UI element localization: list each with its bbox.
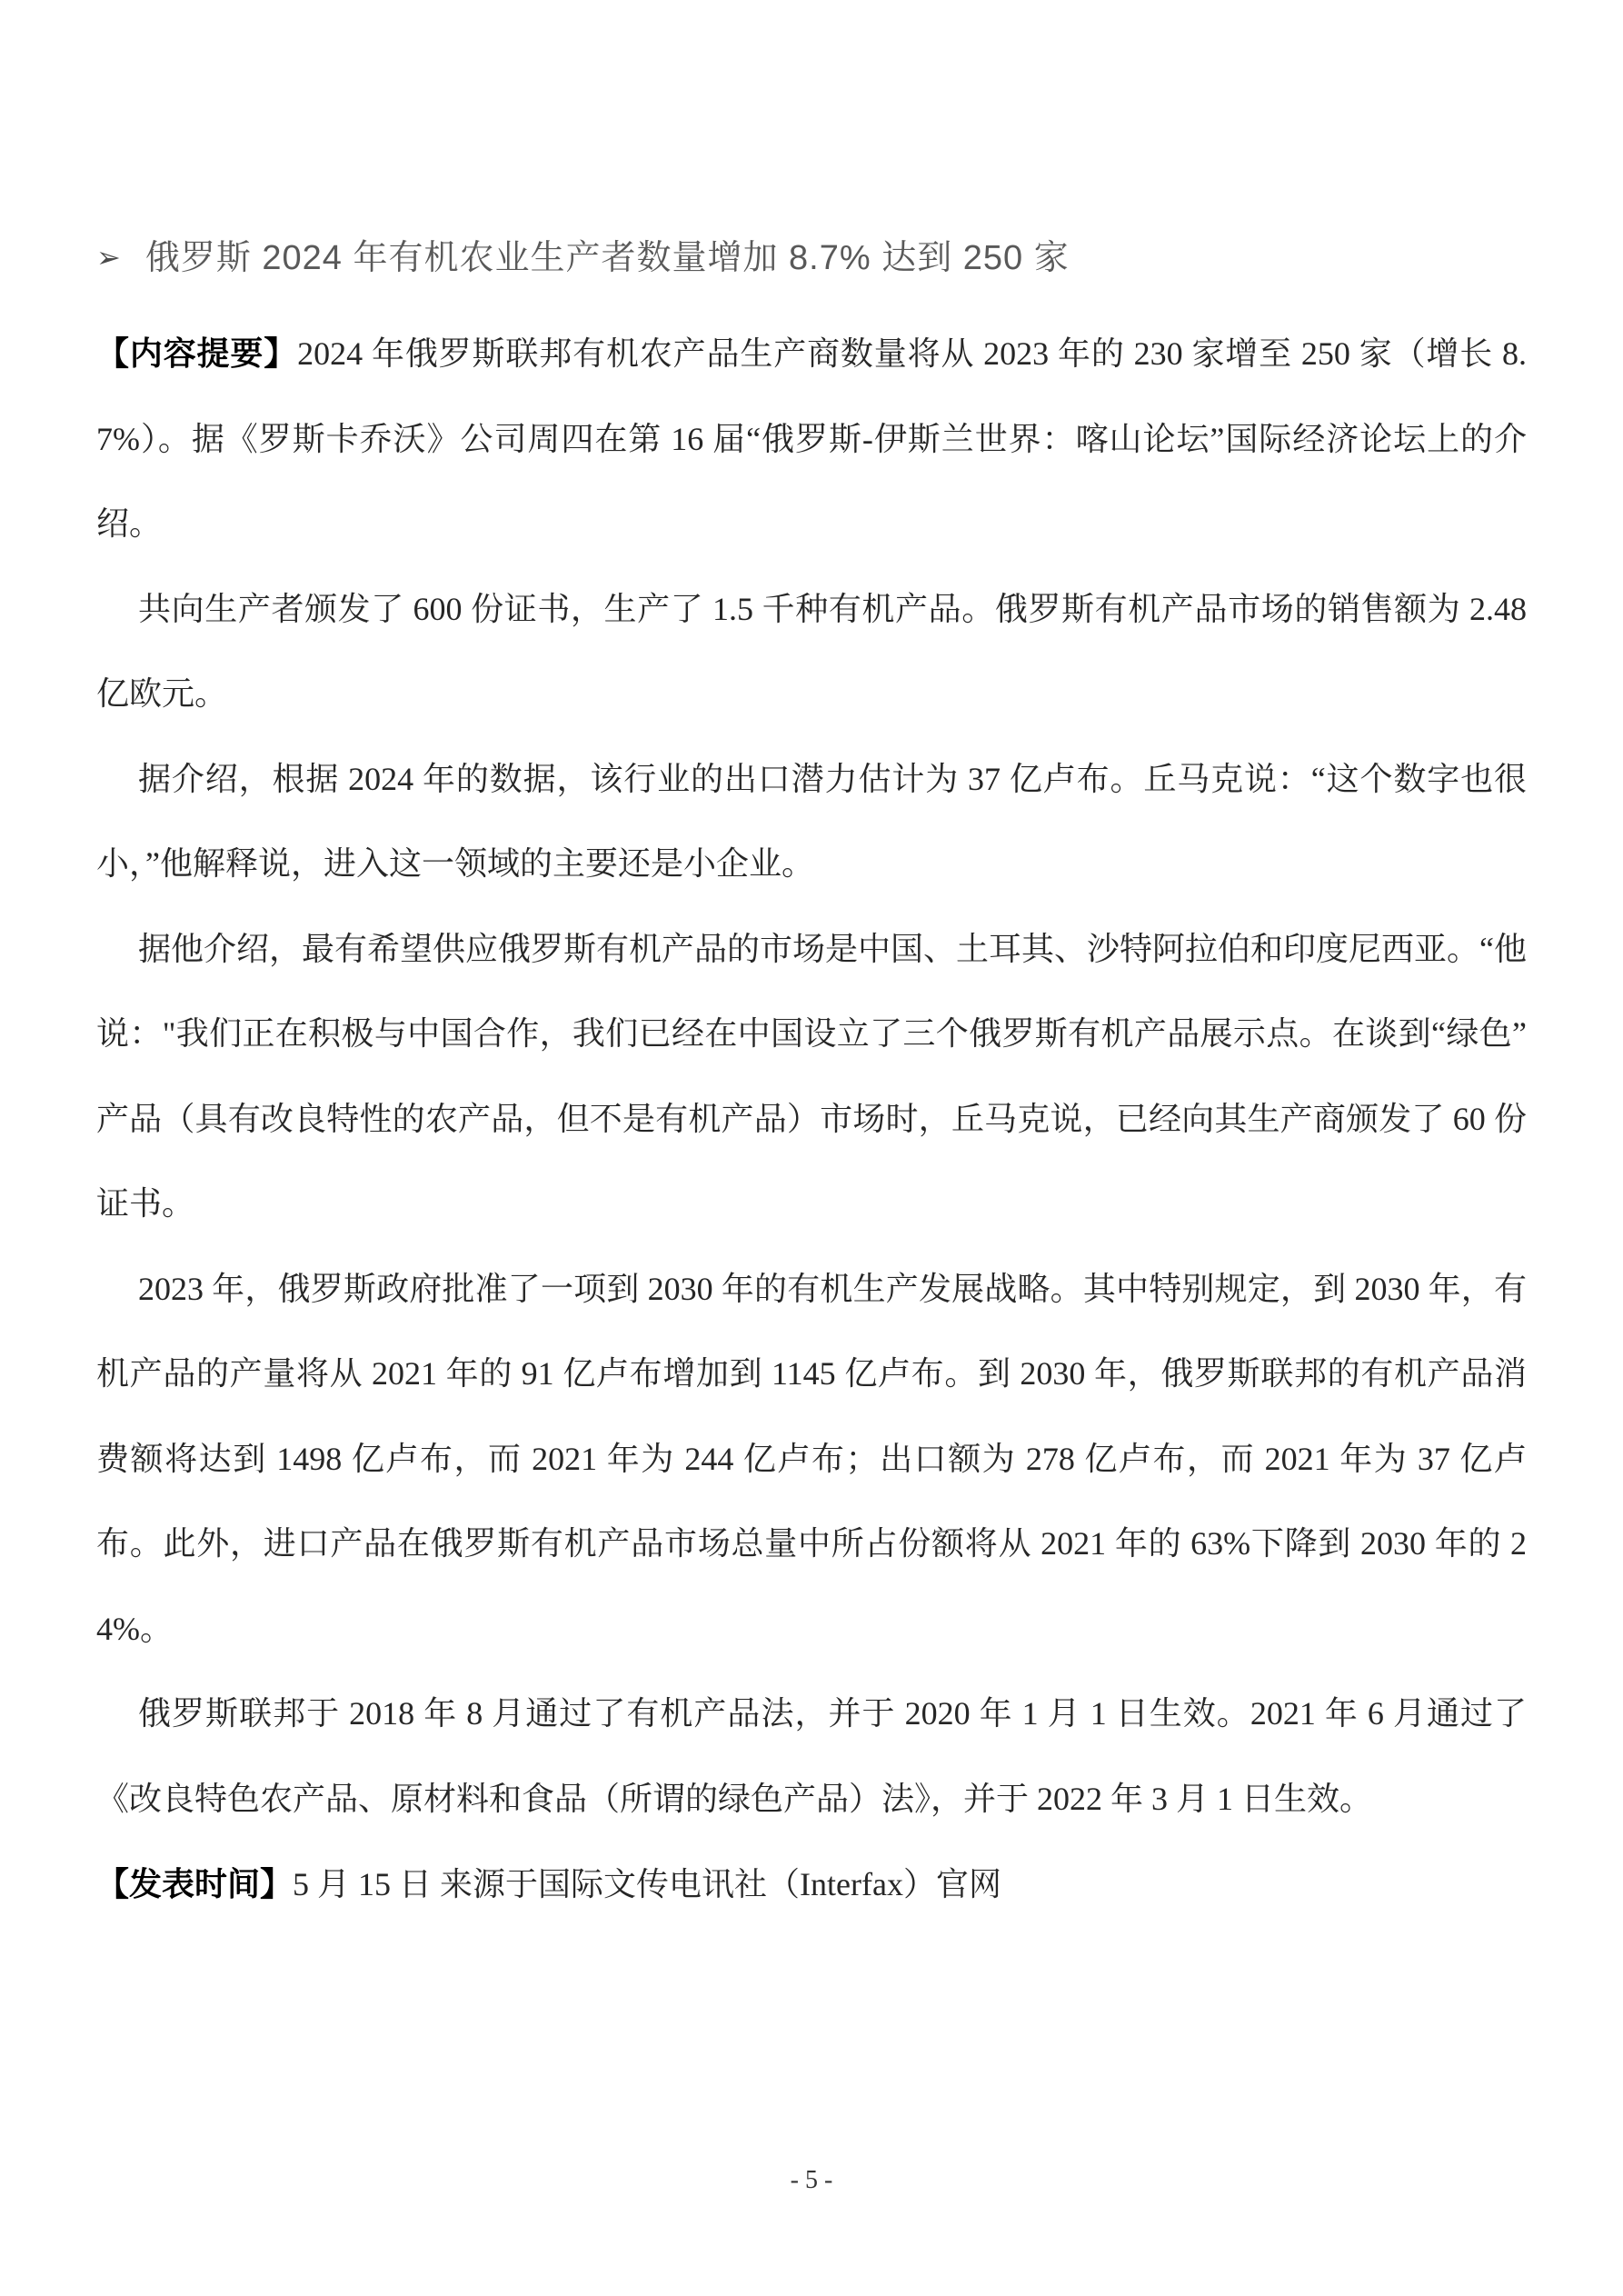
section-heading-text: 俄罗斯 2024 年有机农业生产者数量增加 8.7% 达到 250 家: [145, 239, 1070, 277]
paragraph-markets: 据他介绍，最有希望供应俄罗斯有机产品的市场是中国、土耳其、沙特阿拉伯和印度尼西亚…: [96, 907, 1527, 1247]
document-content: ➢俄罗斯 2024 年有机农业生产者数量增加 8.7% 达到 250 家 【内容…: [96, 216, 1527, 1928]
paragraph-text: 2023 年，俄罗斯政府批准了一项到 2030 年的有机生产发展战略。其中特别规…: [96, 1271, 1527, 1647]
paragraph-publish-info: 【发表时间】5 月 15 日 来源于国际文传电讯社（Interfax）官网: [96, 1842, 1527, 1928]
document-page: ➢俄罗斯 2024 年有机农业生产者数量增加 8.7% 达到 250 家 【内容…: [0, 0, 1623, 2296]
publish-time-label: 【发表时间】: [96, 1865, 293, 1902]
page-number: - 5 -: [0, 2166, 1623, 2195]
paragraph-summary: 【内容提要】2024 年俄罗斯联邦有机农产品生产商数量将从 2023 年的 23…: [96, 311, 1527, 567]
summary-label: 【内容提要】: [96, 334, 297, 372]
paragraph-text: 俄罗斯联邦于 2018 年 8 月通过了有机产品法，并于 2020 年 1 月 …: [96, 1695, 1527, 1817]
paragraph-text: 据他介绍，最有希望供应俄罗斯有机产品的市场是中国、土耳其、沙特阿拉伯和印度尼西亚…: [96, 931, 1527, 1223]
paragraph-certificates: 共向生产者颁发了 600 份证书，生产了 1.5 千种有机产品。俄罗斯有机产品市…: [96, 567, 1527, 737]
paragraph-text: 共向生产者颁发了 600 份证书，生产了 1.5 千种有机产品。俄罗斯有机产品市…: [96, 591, 1527, 713]
paragraph-text: 2024 年俄罗斯联邦有机农产品生产商数量将从 2023 年的 230 家增至 …: [96, 335, 1527, 542]
paragraph-text: 5 月 15 日 来源于国际文传电讯社（Interfax）官网: [293, 1866, 1001, 1902]
paragraph-text: 据介绍，根据 2024 年的数据，该行业的出口潜力估计为 37 亿卢布。丘马克说…: [96, 761, 1527, 883]
arrow-bullet-icon: ➢: [96, 215, 122, 300]
paragraph-laws: 俄罗斯联邦于 2018 年 8 月通过了有机产品法，并于 2020 年 1 月 …: [96, 1672, 1527, 1842]
paragraph-export-potential: 据介绍，根据 2024 年的数据，该行业的出口潜力估计为 37 亿卢布。丘马克说…: [96, 737, 1527, 907]
section-heading: ➢俄罗斯 2024 年有机农业生产者数量增加 8.7% 达到 250 家: [96, 216, 1527, 302]
paragraph-strategy-2030: 2023 年，俄罗斯政府批准了一项到 2030 年的有机生产发展战略。其中特别规…: [96, 1247, 1527, 1672]
